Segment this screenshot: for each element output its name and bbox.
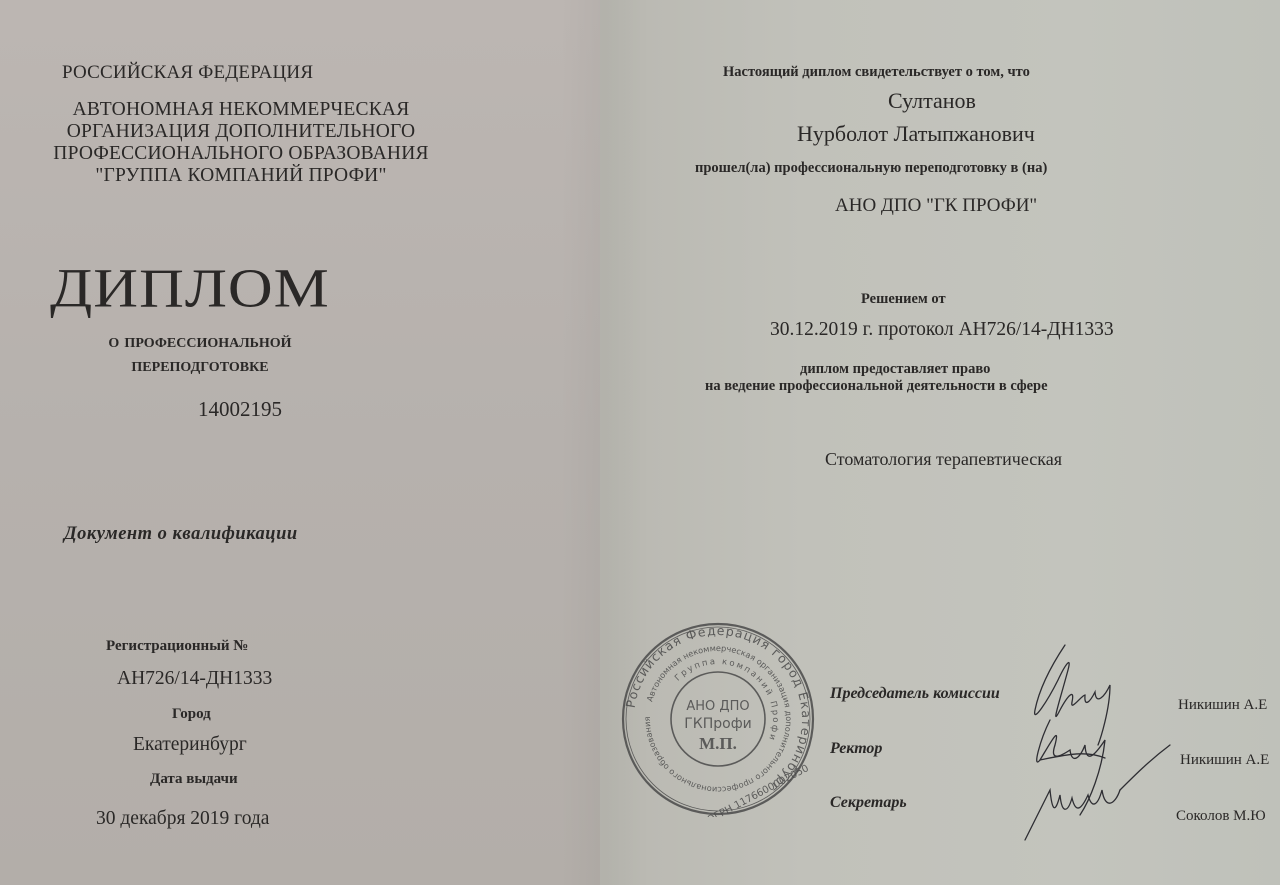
city-label: Город [172,706,211,723]
secretary-name: Соколов М.Ю [1176,808,1266,825]
rector-name: Никишин А.Е [1180,752,1269,769]
issue-date-label: Дата выдачи [150,771,238,788]
subtitle-line: переподготовке [30,353,370,377]
intro-text: Настоящий диплом свидетельствует о том, … [723,64,1030,81]
decision-label: Решением от [861,291,946,308]
diploma-number: 14002195 [198,397,282,422]
organization-line: ОРГАНИЗАЦИЯ ДОПОЛНИТЕЛЬНОГО [36,121,446,143]
organization-line: "ГРУППА КОМПАНИЙ ПРОФИ" [36,165,446,187]
diploma-subtitle: о профессиональной переподготовке [30,329,370,377]
document-type: Документ о квалификации [64,524,298,545]
official-stamp-icon: Российская Федерация город Екатеринбург … [618,622,818,817]
secretary-label: Секретарь [830,794,907,812]
stamp-center-line2: ГКПрофи [684,716,752,732]
holder-given-names: Нурболот Латыпжанович [797,121,1035,147]
stamp-center-line3: М.П. [699,734,737,753]
protocol-text: 30.12.2019 г. протокол АН726/14-ДН1333 [770,319,1114,341]
organization-short-name: АНО ДПО "ГК ПРОФИ" [835,195,1037,217]
organization-line: ПРОФЕССИОНАЛЬНОГО ОБРАЗОВАНИЯ [36,143,446,165]
signatures-icon [1010,640,1180,850]
passed-text: прошел(ла) профессиональную переподготов… [695,160,1047,177]
holder-surname: Султанов [888,88,976,114]
speciality: Стоматология терапевтическая [825,449,1062,470]
rector-label: Ректор [830,740,882,758]
diploma-title: ДИПЛОМ [50,258,330,320]
organization-line: АВТОНОМНАЯ НЕКОММЕРЧЕСКАЯ [36,99,446,121]
city-value: Екатеринбург [133,734,247,756]
rights-text-line1: диплом предоставляет право [800,361,990,378]
issue-date: 30 декабря 2019 года [96,808,269,830]
stamp-center-line1: АНО ДПО [686,699,749,714]
organization-name: АВТОНОМНАЯ НЕКОММЕРЧЕСКАЯ ОРГАНИЗАЦИЯ ДО… [36,99,446,187]
rights-text-line2: на ведение профессиональной деятельности… [705,378,1048,395]
subtitle-line: о профессиональной [30,329,370,353]
country-heading: РОССИЙСКАЯ ФЕДЕРАЦИЯ [62,62,313,84]
chairman-label: Председатель комиссии [830,685,1000,703]
registration-label: Регистрационный № [106,638,248,655]
chairman-name: Никишин А.Е [1178,697,1267,714]
registration-number: АН726/14-ДН1333 [117,668,272,690]
